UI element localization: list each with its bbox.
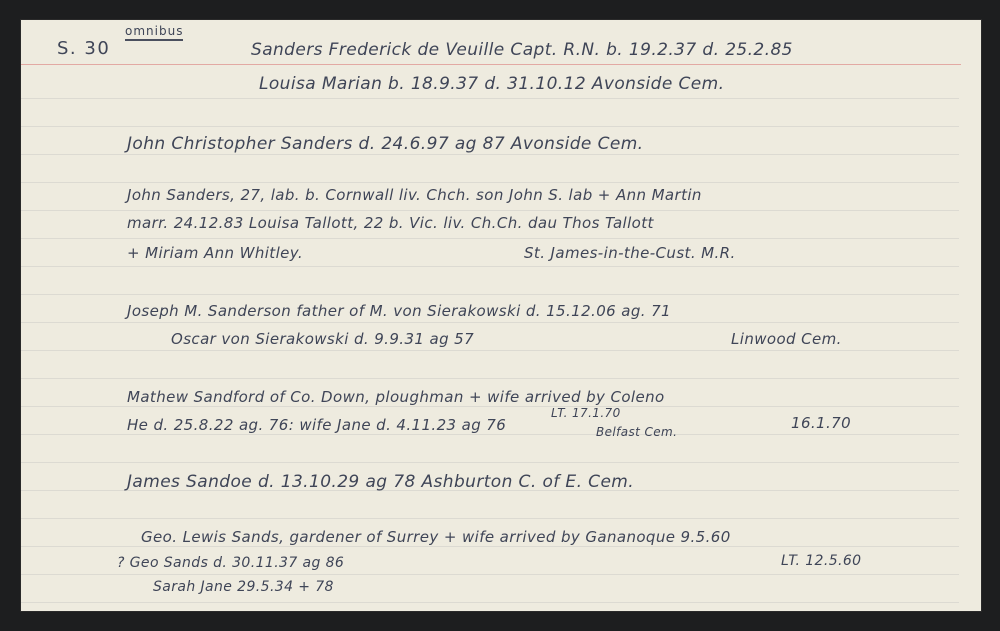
entry-line: John Christopher Sanders d. 24.6.97 ag 8… (127, 134, 643, 154)
ruled-line (21, 182, 959, 183)
entry-line: He d. 25.8.22 ag. 76: wife Jane d. 4.11.… (127, 416, 506, 434)
ruled-line (21, 378, 959, 379)
ruled-line (21, 294, 959, 295)
entry-line: Oscar von Sierakowski d. 9.9.31 ag 57 (171, 330, 474, 348)
entry-line: Louisa Marian b. 18.9.37 d. 31.10.12 Avo… (259, 74, 724, 94)
ruled-line (21, 266, 959, 267)
entry-line: Geo. Lewis Sands, gardener of Surrey + w… (141, 528, 731, 546)
entry-line: James Sandoe d. 13.10.29 ag 78 Ashburton… (127, 472, 634, 492)
ruled-line (21, 126, 959, 127)
catalog-number: S. 30 (57, 38, 110, 59)
entry-superscript: LT. 17.1.70 (551, 406, 621, 420)
entry-line: marr. 24.12.83 Louisa Tallott, 22 b. Vic… (127, 214, 654, 232)
entry-line: + Miriam Ann Whitley. (127, 244, 303, 262)
ruled-line (21, 98, 959, 99)
margin-rule (21, 64, 961, 65)
index-card: S. 30 omnibus Sanders Frederick de Veuil… (21, 20, 981, 611)
entry-note: Belfast Cem. (596, 425, 677, 439)
ruled-line (21, 434, 959, 435)
ruled-line (21, 462, 959, 463)
entry-note: Linwood Cem. (731, 330, 842, 348)
entry-date-right: LT. 12.5.60 (781, 553, 861, 569)
ruled-line (21, 518, 959, 519)
entry-line: Mathew Sandford of Co. Down, ploughman +… (127, 388, 665, 406)
ruled-line (21, 602, 959, 603)
entry-line: ? Geo Sands d. 30.11.37 ag 86 (117, 555, 344, 571)
entry-note: St. James-in-the-Cust. M.R. (524, 244, 736, 262)
entry-line: John Sanders, 27, lab. b. Cornwall liv. … (127, 186, 702, 204)
ruled-line (21, 406, 959, 407)
category-note: omnibus (125, 24, 183, 41)
ruled-line (21, 238, 959, 239)
ruled-line (21, 546, 959, 547)
ruled-line (21, 574, 959, 575)
ruled-line (21, 350, 959, 351)
ruled-line (21, 322, 959, 323)
entry-line: Sanders Frederick de Veuille Capt. R.N. … (251, 40, 793, 60)
entry-line: Sarah Jane 29.5.34 + 78 (153, 579, 334, 595)
entry-date-right: 16.1.70 (791, 414, 851, 432)
ruled-line (21, 154, 959, 155)
entry-line: Joseph M. Sanderson father of M. von Sie… (127, 302, 671, 320)
ruled-line (21, 210, 959, 211)
